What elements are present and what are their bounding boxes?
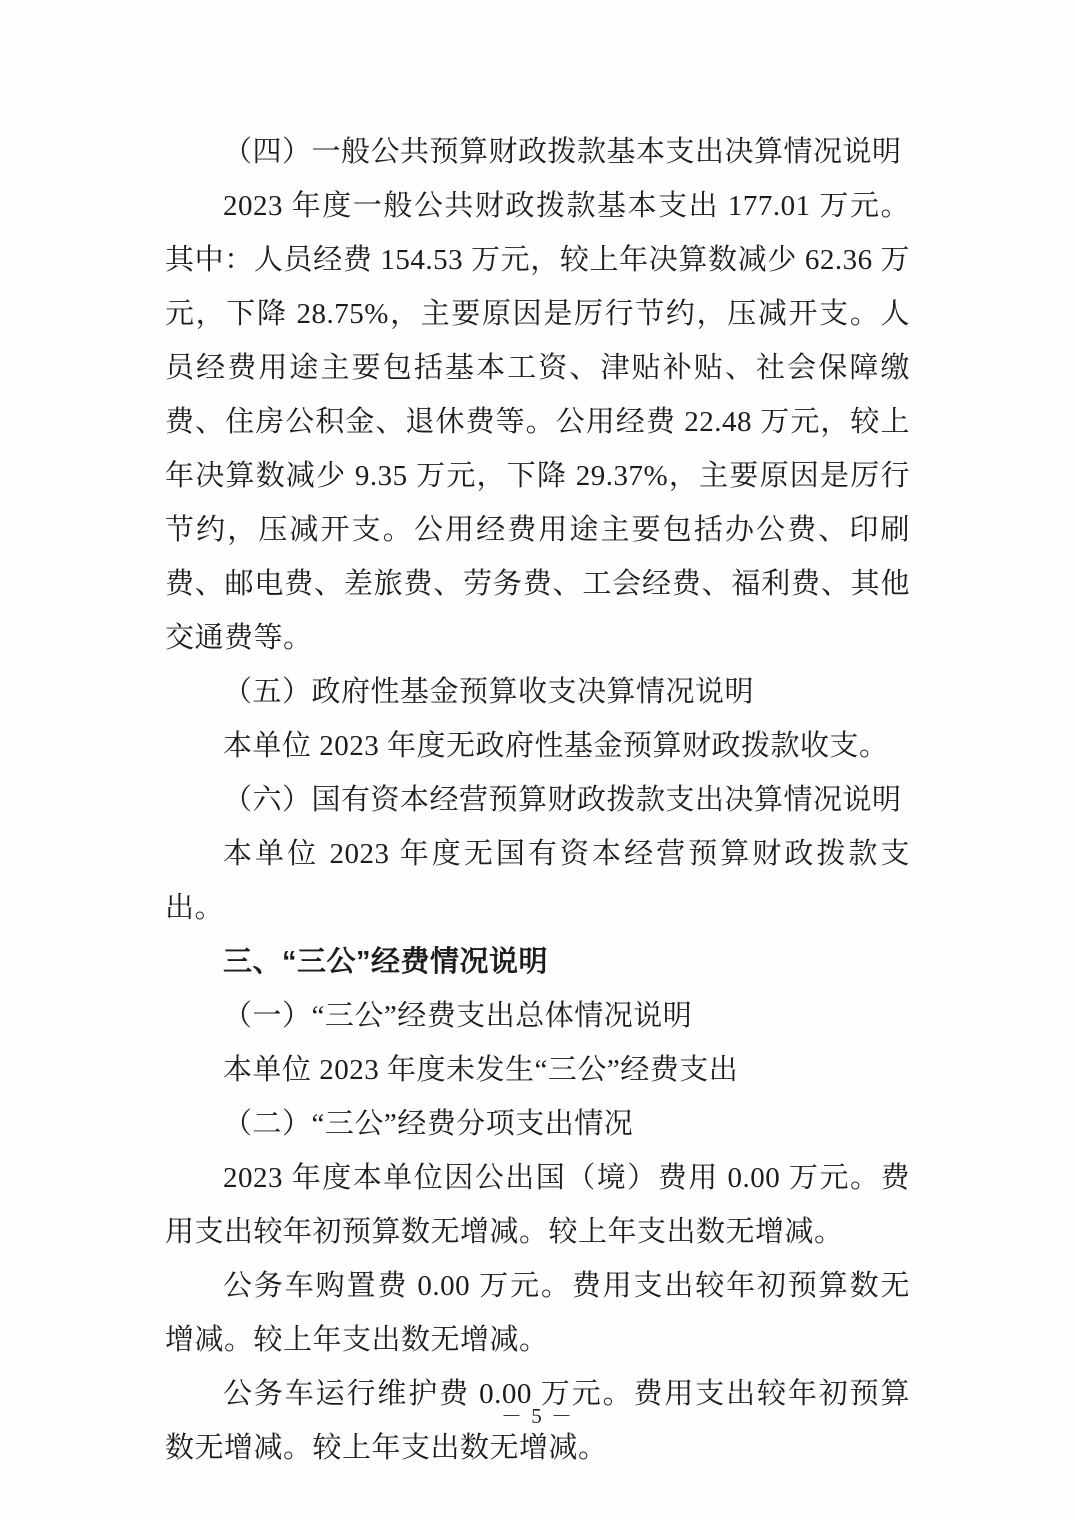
section-heading-4-basic-expenditure: （四）一般公共预算财政拨款基本支出决算情况说明 [165,125,910,179]
paragraph-government-fund: 本单位 2023 年度无政府性基金预算财政拨款收支。 [165,719,910,773]
section-heading-5-government-fund: （五）政府性基金预算收支决算情况说明 [165,665,910,719]
document-body: （四）一般公共预算财政拨款基本支出决算情况说明 2023 年度一般公共财政拨款基… [165,125,910,1475]
paragraph-basic-expenditure-detail: 2023 年度一般公共财政拨款基本支出 177.01 万元。其中：人员经费 15… [165,179,910,665]
paragraph-vehicle-purchase-expense: 公务车购置费 0.00 万元。费用支出较年初预算数无增减。较上年支出数无增减。 [165,1259,910,1367]
section-heading-2-itemized-expenditure: （二）“三公”经费分项支出情况 [165,1097,910,1151]
chapter-heading-3-three-public-funds: 三、“三公”经费情况说明 [165,935,910,989]
paragraph-overseas-travel-expense: 2023 年度本单位因公出国（境）费用 0.00 万元。费用支出较年初预算数无增… [165,1151,910,1259]
page-number: － 5 － [0,1400,1075,1430]
section-heading-6-state-capital: （六）国有资本经营预算财政拨款支出决算情况说明 [165,773,910,827]
section-heading-1-overall-situation: （一）“三公”经费支出总体情况说明 [165,989,910,1043]
document-page: （四）一般公共预算财政拨款基本支出决算情况说明 2023 年度一般公共财政拨款基… [0,0,1075,1520]
paragraph-state-capital: 本单位 2023 年度无国有资本经营预算财政拨款支出。 [165,827,910,935]
paragraph-no-three-public-expense: 本单位 2023 年度未发生“三公”经费支出 [165,1043,910,1097]
